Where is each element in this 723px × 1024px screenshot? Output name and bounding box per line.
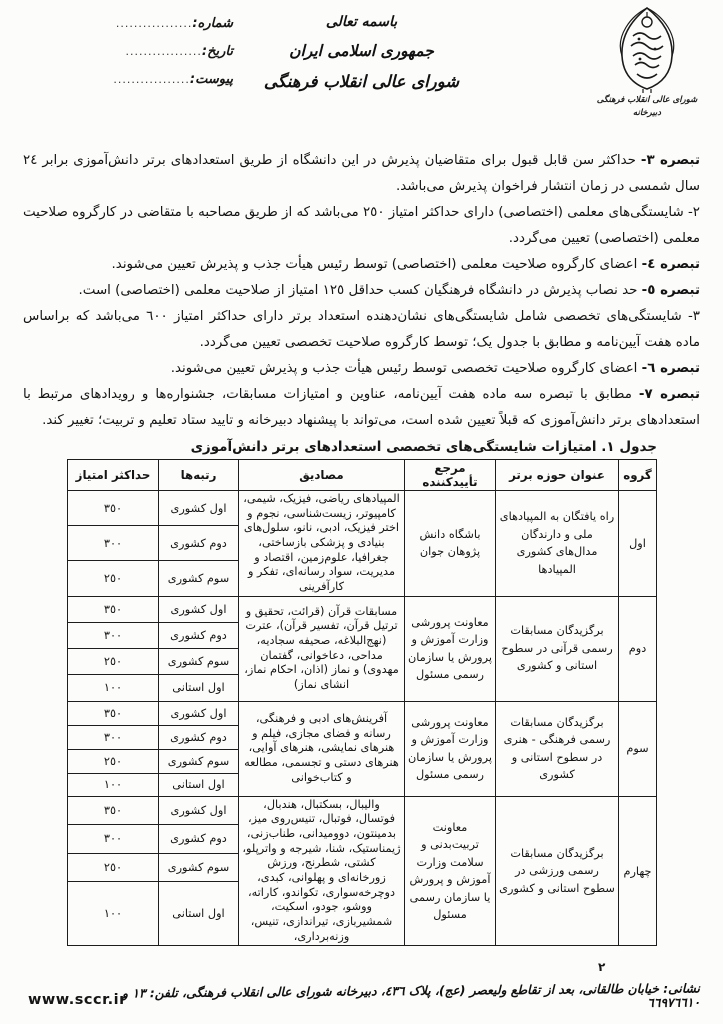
table-cell-rank: دوم کشوری: [159, 526, 239, 561]
table-cell-authority: باشگاه دانش پژوهان جوان: [405, 491, 496, 597]
note-5-text: حد نصاب پذیرش در دانشگاه فرهنگیان کسب حد…: [79, 283, 642, 298]
table-cell-max-score: ١٠٠: [68, 773, 159, 796]
table-cell-max-score: ٣٠٠: [68, 825, 159, 853]
item-2-text: ٢- شایستگی‌های معلمی (اختصاصی) دارای حدا…: [23, 205, 700, 246]
table-cell-rank: اول استانی: [159, 674, 239, 701]
note-5-paragraph: تبصره ٥- حد نصاب پذیرش در دانشگاه فرهنگی…: [23, 278, 700, 304]
table-cell-rank: دوم کشوری: [159, 622, 239, 648]
table-cell-rank: سوم کشوری: [159, 561, 239, 596]
table-cell-examples: المپیادهای ریاضی، فیزیک، شیمی، کامپیوتر،…: [239, 491, 405, 597]
note-6-lead: تبصره ٦-: [642, 361, 700, 376]
table-cell-max-score: ٢٥٠: [68, 561, 159, 596]
footer-address: نشانی: خیابان طالقانی، بعد از تقاطع ولیع…: [120, 981, 700, 1014]
page-number: ٢: [598, 960, 605, 974]
table-row: چهارمبرگزیدگان مسابقات رسمی ورزشی در سطو…: [68, 796, 657, 824]
table-cell-rank: سوم کشوری: [159, 648, 239, 674]
field-number-dots: .................: [116, 17, 192, 30]
field-number-label: شماره:: [192, 16, 233, 31]
note-7-text: مطابق با تبصره سه ماده هفت آیین‌نامه، عن…: [23, 387, 700, 428]
table-cell-authority: معاونت تربیت‌بدنی و سلامت وزارت آموزش و …: [405, 796, 496, 946]
table-cell-rank: اول کشوری: [159, 701, 239, 725]
logo-caption-secretariat: دبیرخانه: [587, 107, 707, 120]
field-number: شماره: .................: [28, 16, 233, 31]
table-row: سومبرگزیدگان مسابقات رسمی فرهنگی - هنری …: [68, 701, 657, 725]
table-header-row: گروه عنوان حوزه برتر مرجع تأییدکننده مصا…: [68, 460, 657, 491]
header-max-score: حداکثر امتیاز: [68, 460, 159, 491]
document-page: شورای عالی انقلاب فرهنگی دبیرخانه باسمه …: [0, 0, 723, 1024]
table-cell-max-score: ١٠٠: [68, 882, 159, 946]
table-cell-examples: والیبال، بسکتبال، هندبال، فوتسال، فوتبال…: [239, 796, 405, 946]
header-group: گروه: [619, 460, 657, 491]
table-cell-max-score: ٢٥٠: [68, 853, 159, 881]
field-attachment-label: پیوست:: [190, 72, 233, 87]
note-7-lead: تبصره ٧-: [639, 387, 700, 402]
table-cell-rank: دوم کشوری: [159, 725, 239, 749]
field-date: تاریخ: .................: [28, 44, 233, 59]
table-1-title: جدول ١. امتیازات شایستگی‌های تخصصی استعد…: [23, 439, 657, 455]
item-3-paragraph: ٣- شایستگی‌های تخصصی شامل شایستگی‌های نش…: [23, 304, 700, 356]
header-ranks: رتبه‌ها: [159, 460, 239, 491]
table-cell-max-score: ٣٥٠: [68, 796, 159, 824]
header-authority: مرجع تأییدکننده: [405, 460, 496, 491]
table-cell-max-score: ٢٥٠: [68, 648, 159, 674]
note-3-paragraph: تبصره ٣- حداکثر سن قابل قبول برای متقاضی…: [23, 148, 700, 200]
table-cell-max-score: ٣٠٠: [68, 725, 159, 749]
table-cell-group: سوم: [619, 701, 657, 796]
table-cell-max-score: ٣٥٠: [68, 701, 159, 725]
table-cell-area-title: برگزیدگان مسابقات رسمی ورزشی در سطوح است…: [496, 796, 619, 946]
table-cell-rank: اول کشوری: [159, 596, 239, 622]
table-row: اولراه یافتگان به المپیادهای ملی و دارند…: [68, 491, 657, 526]
field-attachment: پیوست: .................: [28, 72, 233, 87]
table-cell-rank: سوم کشوری: [159, 853, 239, 881]
table-cell-max-score: ٣٠٠: [68, 622, 159, 648]
field-attachment-dots: .................: [113, 73, 189, 86]
table-cell-max-score: ٢٥٠: [68, 749, 159, 773]
table-cell-examples: آفرینش‌های ادبی و فرهنگی، رسانه و فضای م…: [239, 701, 405, 796]
note-6-text: اعضای کارگروه صلاحیت تخصصی توسط رئیس هیأ…: [171, 361, 642, 376]
table-cell-examples: مسابقات قرآن (قرائت، تحقیق و ترتیل قرآن،…: [239, 596, 405, 701]
note-5-lead: تبصره ٥-: [642, 283, 700, 298]
table-cell-max-score: ٣٠٠: [68, 526, 159, 561]
table-cell-area-title: برگزیدگان مسابقات رسمی فرهنگی - هنری در …: [496, 701, 619, 796]
item-3-text: ٣- شایستگی‌های تخصصی شامل شایستگی‌های نش…: [23, 309, 700, 350]
table-cell-group: اول: [619, 491, 657, 597]
table-cell-authority: معاونت پرورشی وزارت آموزش و پرورش یا ساز…: [405, 701, 496, 796]
table-cell-rank: اول کشوری: [159, 796, 239, 824]
document-body: تبصره ٣- حداکثر سن قابل قبول برای متقاضی…: [23, 148, 700, 946]
field-date-dots: .................: [125, 45, 201, 58]
table-cell-rank: سوم کشوری: [159, 749, 239, 773]
table-cell-max-score: ١٠٠: [68, 674, 159, 701]
table-cell-rank: اول کشوری: [159, 491, 239, 526]
footer-website-url: www.sccr.ir: [28, 992, 127, 1008]
table-cell-max-score: ٣٥٠: [68, 491, 159, 526]
table-row: دومبرگزیدگان مسابقات رسمی قرآنی در سطوح …: [68, 596, 657, 622]
note-4-paragraph: تبصره ٤- اعضای کارگروه صلاحیت معلمی (اخت…: [23, 252, 700, 278]
table-cell-authority: معاونت پرورشی وزارت آموزش و پرورش یا ساز…: [405, 596, 496, 701]
note-6-paragraph: تبصره ٦- اعضای کارگروه صلاحیت تخصصی توسط…: [23, 356, 700, 382]
item-2-paragraph: ٢- شایستگی‌های معلمی (اختصاصی) دارای حدا…: [23, 200, 700, 252]
table-cell-rank: اول استانی: [159, 773, 239, 796]
table-cell-rank: اول استانی: [159, 882, 239, 946]
note-7-paragraph: تبصره ٧- مطابق با تبصره سه ماده هفت آیین…: [23, 382, 700, 434]
note-4-lead: تبصره ٤-: [642, 257, 700, 272]
header-area-title: عنوان حوزه برتر: [496, 460, 619, 491]
note-3-text: حداکثر سن قابل قبول برای متقاضیان پذیرش …: [23, 153, 700, 194]
table-cell-area-title: راه یافتگان به المپیادهای ملی و دارندگان…: [496, 491, 619, 597]
field-date-label: تاریخ:: [202, 44, 233, 59]
note-4-text: اعضای کارگروه صلاحیت معلمی (اختصاصی) توس…: [112, 257, 642, 272]
reference-fields: شماره: ................. تاریخ: ........…: [28, 16, 233, 100]
table-cell-max-score: ٣٥٠: [68, 596, 159, 622]
note-3-lead: تبصره ٣-: [641, 153, 700, 168]
table-cell-rank: دوم کشوری: [159, 825, 239, 853]
logo-caption-council: شورای عالی انقلاب فرهنگی: [587, 94, 707, 107]
talent-scores-table: گروه عنوان حوزه برتر مرجع تأییدکننده مصا…: [67, 459, 657, 946]
table-cell-group: چهارم: [619, 796, 657, 946]
table-cell-area-title: برگزیدگان مسابقات رسمی قرآنی در سطوح است…: [496, 596, 619, 701]
header-examples: مصادیق: [239, 460, 405, 491]
table-cell-group: دوم: [619, 596, 657, 701]
